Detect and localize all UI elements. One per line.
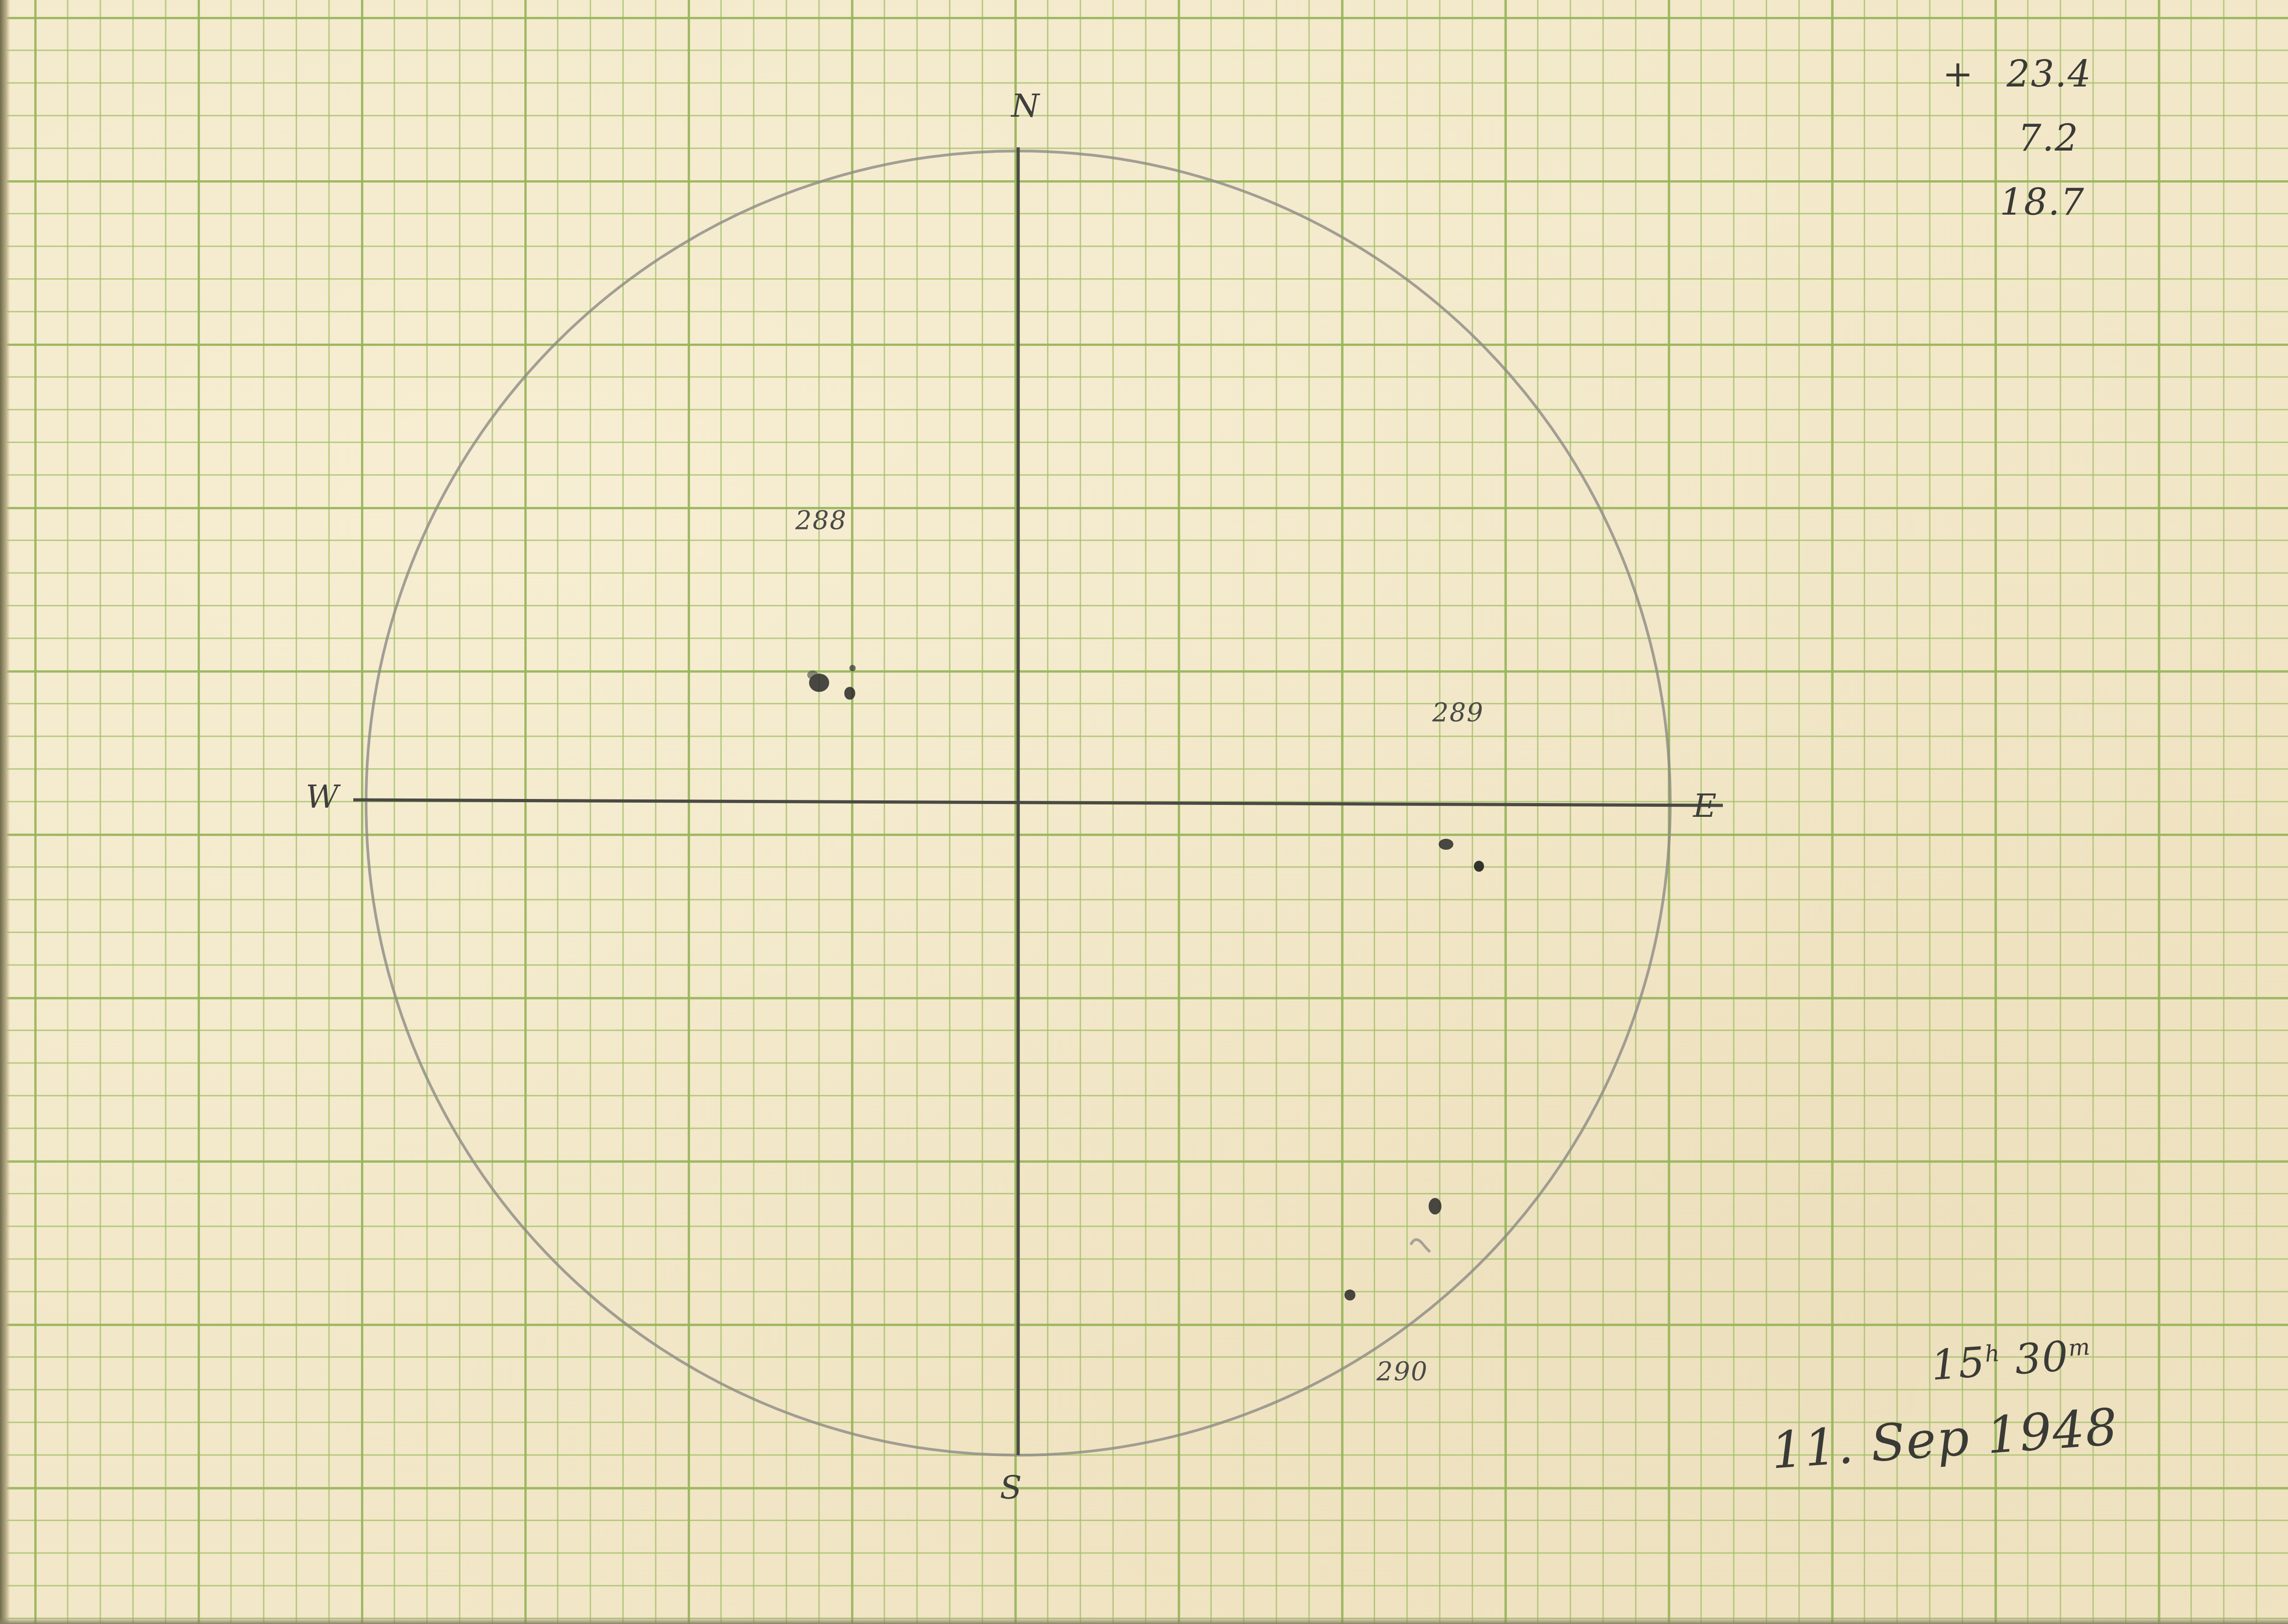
north-label: N: [1011, 87, 1040, 124]
sunspot: [1474, 861, 1484, 872]
time-minutes: 30: [2013, 1332, 2071, 1384]
south-label: S: [1000, 1469, 1023, 1506]
sunspot: [1344, 1289, 1355, 1300]
sunspot: [849, 665, 856, 671]
group-label-288: 288: [795, 506, 847, 535]
sunspot: [844, 687, 855, 700]
sunspot: [1429, 1198, 1441, 1214]
west-east-axis: [353, 800, 1723, 805]
sunspot-group-290: [1344, 1198, 1441, 1300]
parameter-line-3: 18.7: [2000, 181, 2085, 223]
parameter-line-2: 7.2: [2018, 117, 2079, 159]
time-hours-unit: h: [1984, 1340, 2001, 1367]
sunspot-group-289: [1439, 839, 1484, 872]
sunspot-penumbra: [1411, 1240, 1430, 1252]
graph-paper-sheet: N S W E 288 289 290 + 23.4 7.2 18.7 15h …: [0, 0, 2288, 1624]
sunspot: [807, 670, 818, 680]
west-label: W: [306, 778, 340, 815]
group-label-289: 289: [1432, 698, 1484, 728]
parameter-line-1: 23.4: [2007, 53, 2092, 95]
parameter-sign: +: [1943, 53, 1974, 95]
east-label: E: [1693, 787, 1717, 825]
sunspot: [1439, 839, 1453, 850]
sunspot-group-288: [807, 665, 856, 700]
time-minutes-unit: m: [2067, 1333, 2092, 1361]
time-hours: 15: [1930, 1338, 1987, 1390]
group-label-290: 290: [1376, 1357, 1428, 1387]
